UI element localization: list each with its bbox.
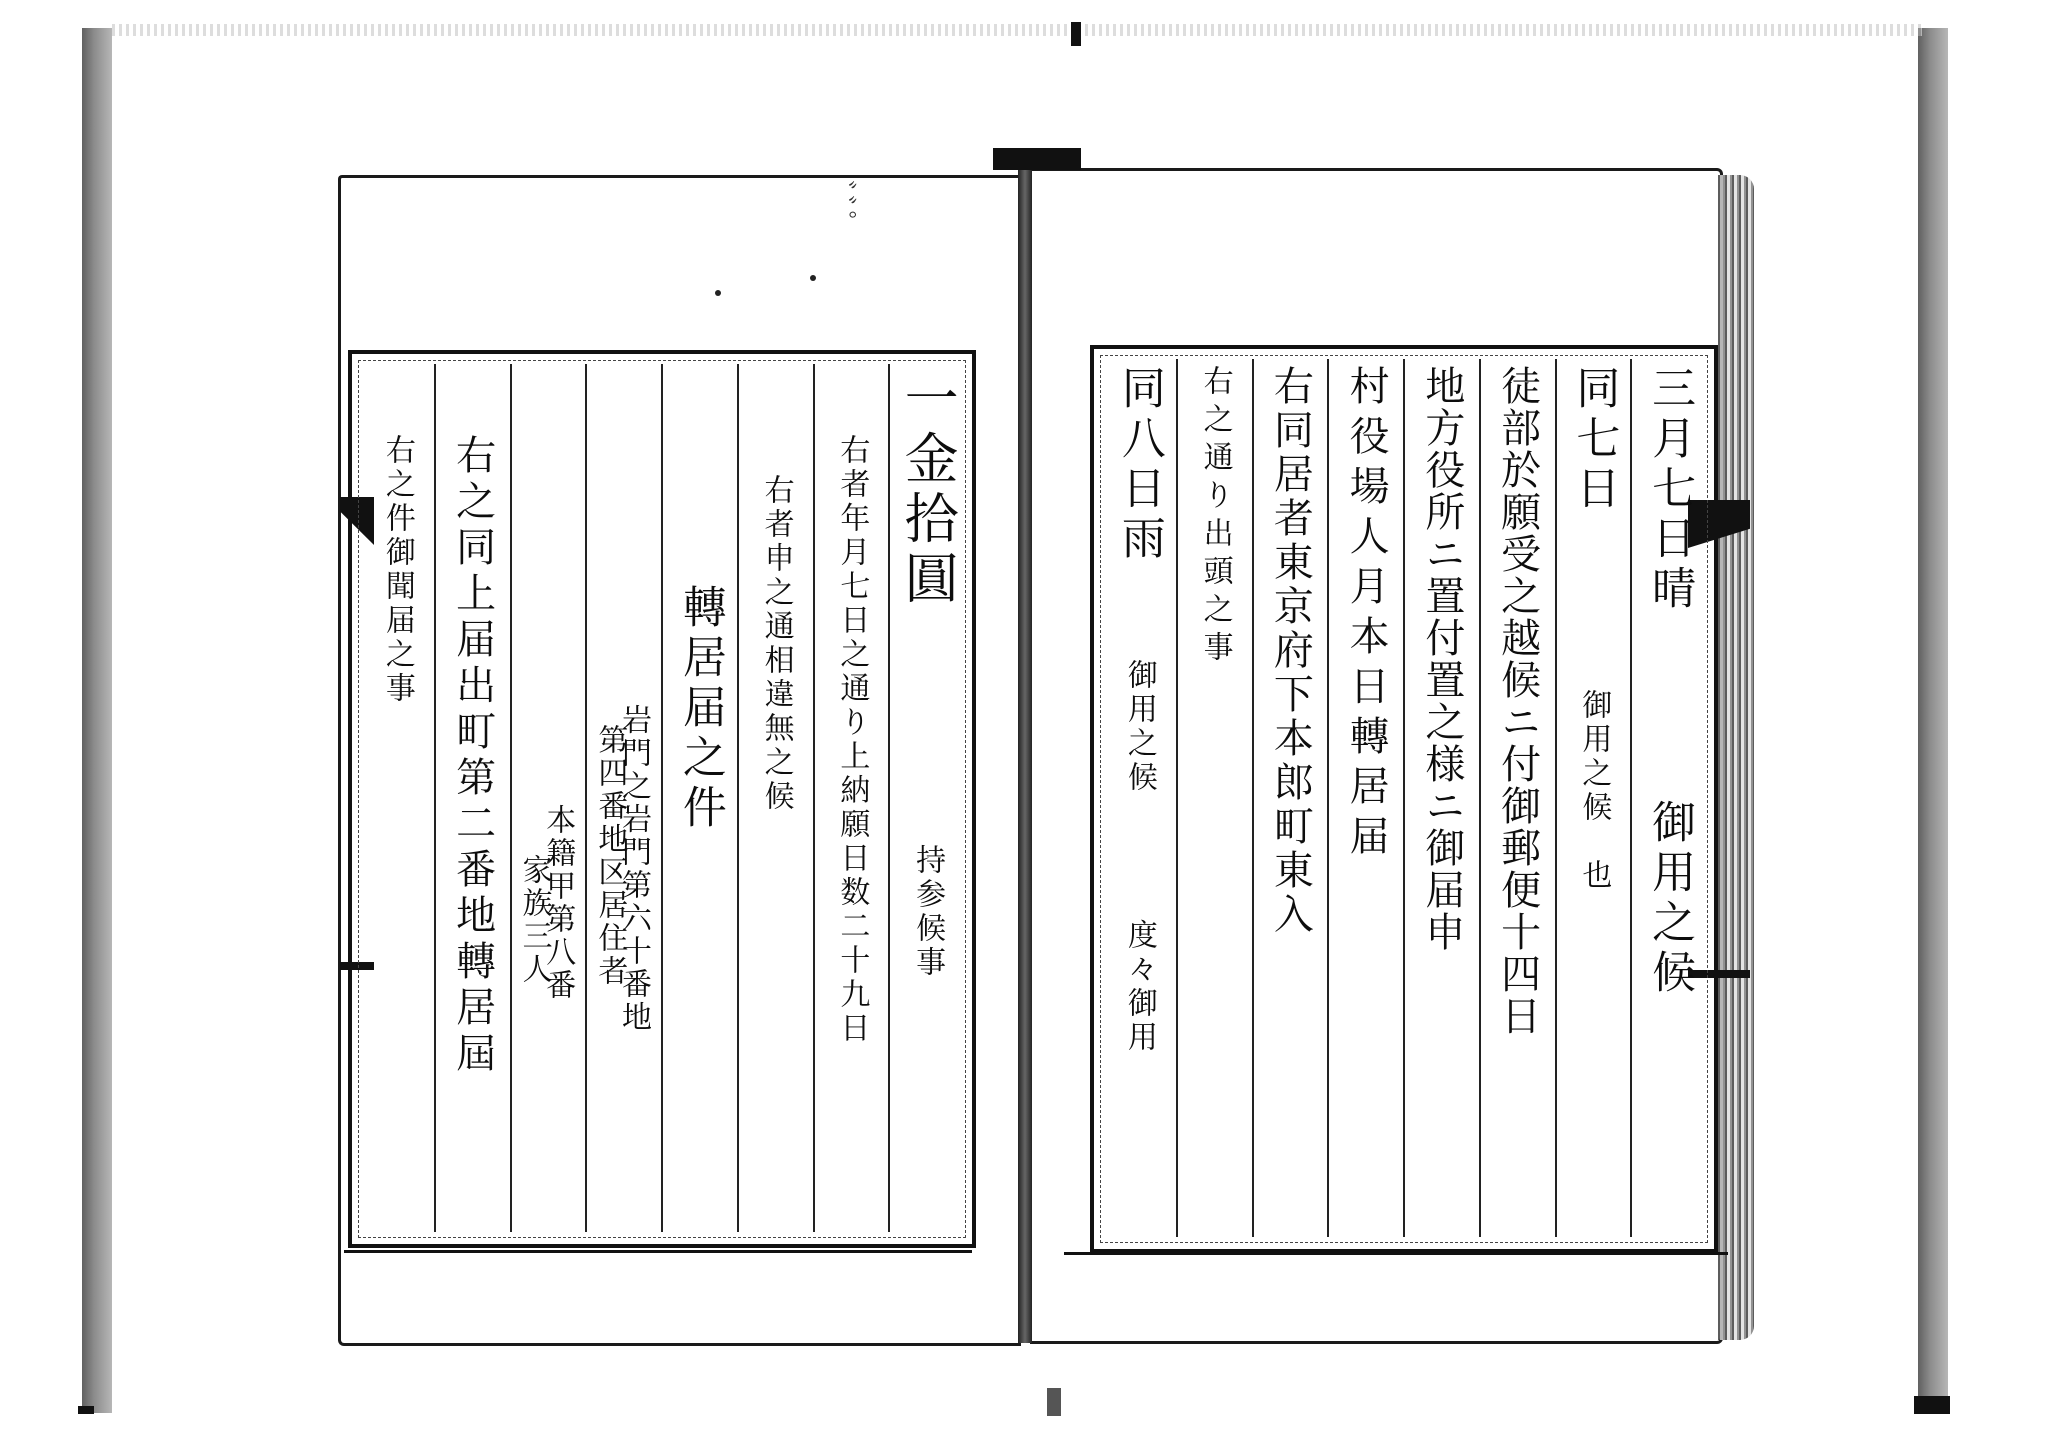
text-column: 右同居者東京府下本郎町東入 <box>1252 359 1328 1237</box>
page-fore-edge <box>1718 175 1754 1340</box>
column-lower-text: 御用之候 也 <box>1578 689 1608 893</box>
text-column: 村役場人月本日轉居届 <box>1327 359 1403 1237</box>
text-column: 轉居届之件 <box>661 364 737 1232</box>
column-text: 右者年月七日之通り上納願日数二十九日 <box>836 434 866 1046</box>
text-column: 右者申之通相違無之候 <box>737 364 813 1232</box>
text-column: 右之同上届出町第二番地轉居屆 <box>434 364 510 1232</box>
scan-mark-bottom-right <box>1914 1396 1950 1414</box>
left-page-columns: 一金拾圓 持参候事 右者年月七日之通り上納願日数二十九日 右者申之通相違無之候 … <box>360 364 964 1232</box>
left-frame-bottom-rule <box>344 1250 972 1253</box>
column-text: 同七日 <box>1571 365 1615 515</box>
column-text: 右之件御聞届之事 <box>382 434 412 706</box>
column-heading: 同八日雨 <box>1117 365 1161 565</box>
scan-mark-bottom <box>1047 1388 1061 1416</box>
scan-mark-top <box>1071 22 1081 46</box>
text-column: 地方役所ニ置付置之様ニ御届申 <box>1403 359 1479 1237</box>
column-heading: 三月七日晴 <box>1647 365 1691 615</box>
left-page-frame: 一金拾圓 持参候事 右者年月七日之通り上納願日数二十九日 右者申之通相違無之候 … <box>348 350 976 1248</box>
right-frame-bottom-rule <box>1064 1252 1728 1255</box>
margin-marks: ﾞﾞﾟ <box>818 180 862 225</box>
column-lower-text: 持参候事 <box>912 844 942 980</box>
column-text: 右者申之通相違無之候 <box>761 474 791 814</box>
ink-speck <box>715 290 721 296</box>
column-heading: 一金拾圓 <box>900 370 954 610</box>
column-lower-text: 御用之候 <box>1647 799 1691 999</box>
column-text: 村役場人月本日轉居届 <box>1346 365 1386 865</box>
scan-mark-bottom-left <box>78 1406 94 1414</box>
column-text: 地方役所ニ置付置之様ニ御届申 <box>1422 365 1462 953</box>
column-text: 右之通り出頭之事 <box>1200 365 1230 669</box>
column-text: 轉居届之件 <box>678 584 722 834</box>
text-column: 本籍甲第八番 家族三人 <box>510 364 586 1232</box>
column-text: 右之同上届出町第二番地轉居屆 <box>453 434 493 1078</box>
column-lower-text: 度々御用 <box>1124 919 1154 1055</box>
column-text: 徒部於願受之越候ニ付御郵便十四日 <box>1498 365 1538 1037</box>
column-subtext: 家族三人 <box>519 854 549 986</box>
scan-edge-top <box>112 24 1922 36</box>
right-page-columns: 三月七日晴 御用之候 同七日 御用之候 也 徒部於願受之越候ニ付御郵便十四日 地… <box>1102 359 1706 1237</box>
right-page-frame: 三月七日晴 御用之候 同七日 御用之候 也 徒部於願受之越候ニ付御郵便十四日 地… <box>1090 345 1718 1253</box>
ink-speck <box>810 275 816 281</box>
text-column: 三月七日晴 御用之候 <box>1630 359 1706 1237</box>
text-column: 同八日雨 御用之候 度々御用 <box>1102 359 1176 1237</box>
text-column: 一金拾圓 持参候事 <box>888 364 964 1232</box>
scan-edge-right <box>1918 28 1948 1413</box>
column-lower-text: 御用之候 <box>1124 659 1154 795</box>
text-column: 右之件御聞届之事 <box>360 364 434 1232</box>
column-text: 右同居者東京府下本郎町東入 <box>1270 365 1310 937</box>
book-spine <box>1018 168 1032 1343</box>
text-column: 徒部於願受之越候ニ付御郵便十四日 <box>1479 359 1555 1237</box>
column-subtext: 第四番地区居住者 <box>594 724 624 988</box>
text-column: 岩門之岩門第六十番地 第四番地区居住者 <box>585 364 661 1232</box>
text-column: 右之通り出頭之事 <box>1176 359 1252 1237</box>
text-column: 右者年月七日之通り上納願日数二十九日 <box>813 364 889 1232</box>
text-column: 同七日 御用之候 也 <box>1555 359 1631 1237</box>
scan-edge-left <box>82 28 112 1413</box>
spine-tab <box>993 148 1081 170</box>
